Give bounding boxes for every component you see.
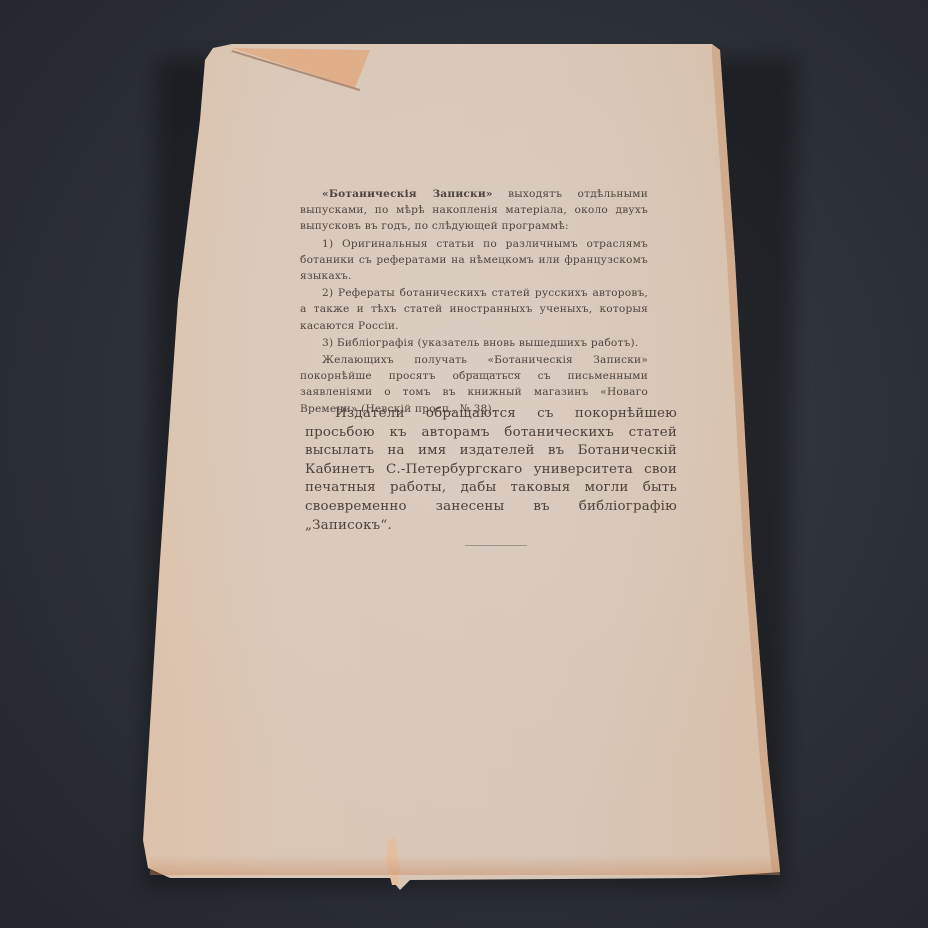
- program-item-2: 2) Рефераты ботаническихъ статей русских…: [300, 285, 648, 334]
- publishers-appeal: Издатели обращаются съ покорнѣйшею прось…: [305, 405, 677, 535]
- notice-intro: «Ботаническія Записки» выходятъ отдѣльны…: [300, 186, 648, 235]
- publication-notice: «Ботаническія Записки» выходятъ отдѣльны…: [300, 186, 648, 417]
- separator-rule: [465, 545, 527, 546]
- program-item-3: 3) Библіографія (указатель вновь вышедши…: [300, 335, 648, 351]
- separator-rule: [465, 373, 521, 374]
- edge-stain: [150, 855, 780, 875]
- appeal-text: Издатели обращаются съ покорнѣйшею прось…: [305, 405, 677, 535]
- journal-title: «Ботаническія Записки»: [322, 188, 493, 200]
- program-item-1: 1) Оригинальныя статьи по различнымъ отр…: [300, 236, 648, 285]
